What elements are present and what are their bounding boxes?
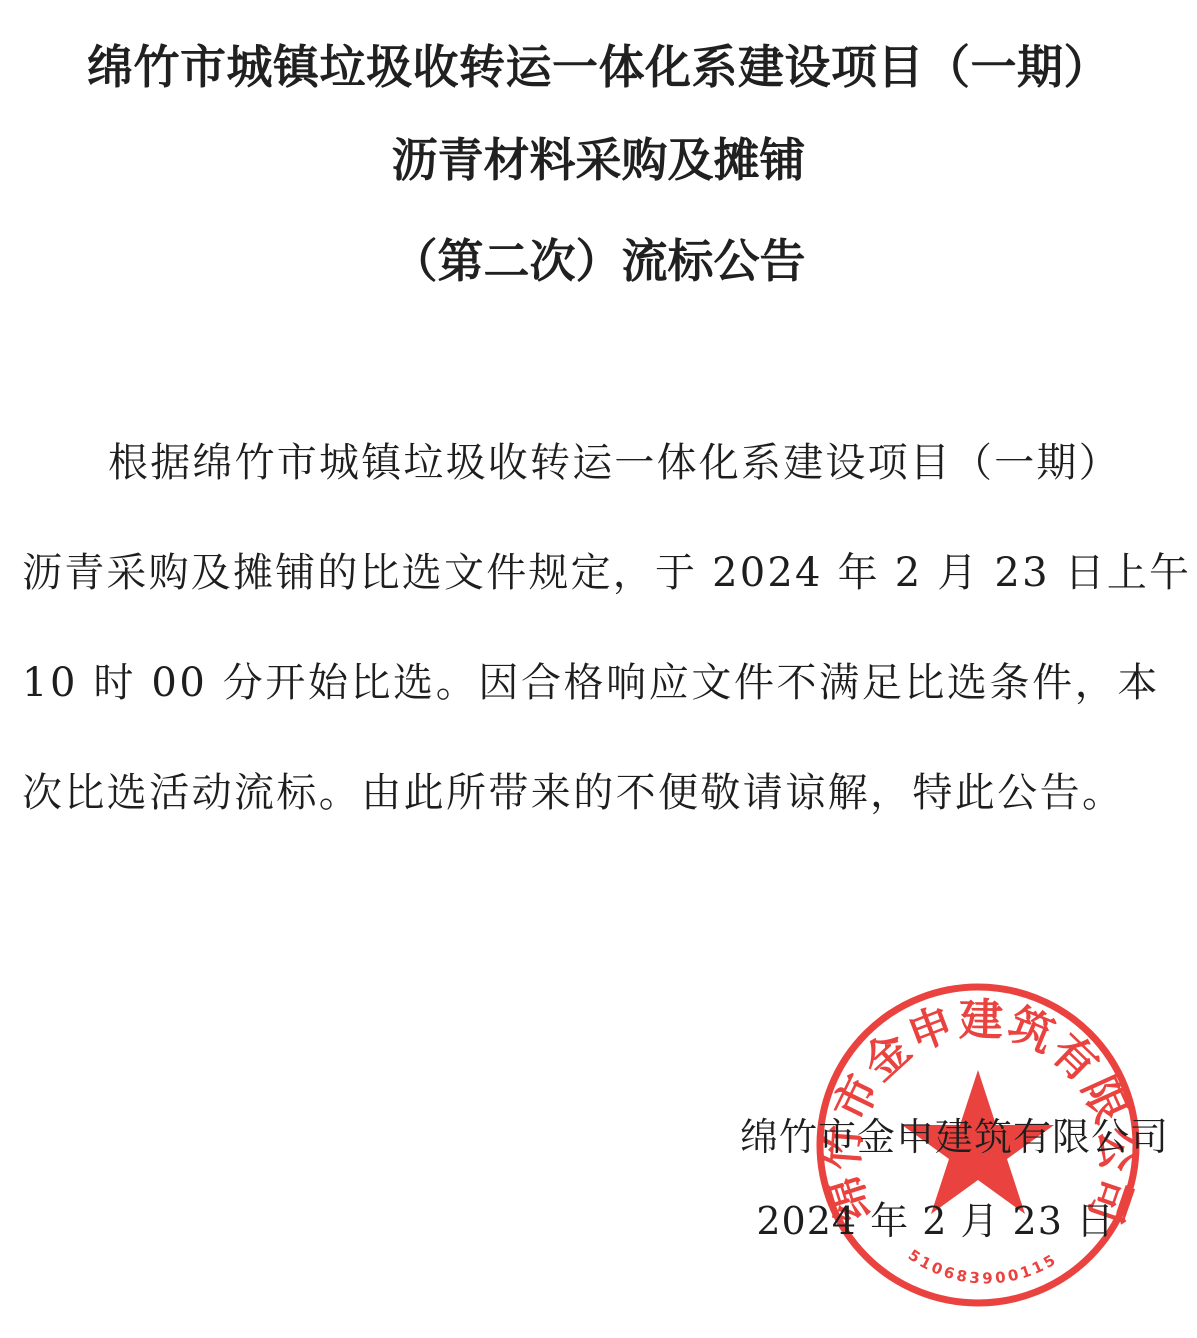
signature-date: 2024 年 2 月 23 日 [756,1202,1115,1240]
stamp-code: 510683900115 [905,1246,1061,1288]
title-line-1: 绵竹市城镇垃圾收转运一体化系建设项目（一期） [0,44,1197,90]
title-line-2: 沥青材料采购及摊铺 [0,137,1197,183]
title-line-3: （第二次）流标公告 [0,238,1197,284]
svg-text:510683900115: 510683900115 [905,1246,1061,1288]
body-line-2: 沥青采购及摊铺的比选文件规定，于 2024 年 2 月 23 日上午 [22,553,1191,593]
body-line-4: 次比选活动流标。由此所带来的不便敬请谅解，特此公告。 [22,773,1124,813]
signature-company: 绵竹市金申建筑有限公司 [740,1118,1169,1156]
body-line-1: 根据绵竹市城镇垃圾收转运一体化系建设项目（一期） [108,443,1121,483]
body-line-3: 10 时 00 分开始比选。因合格响应文件不满足比选条件，本 [22,663,1160,703]
